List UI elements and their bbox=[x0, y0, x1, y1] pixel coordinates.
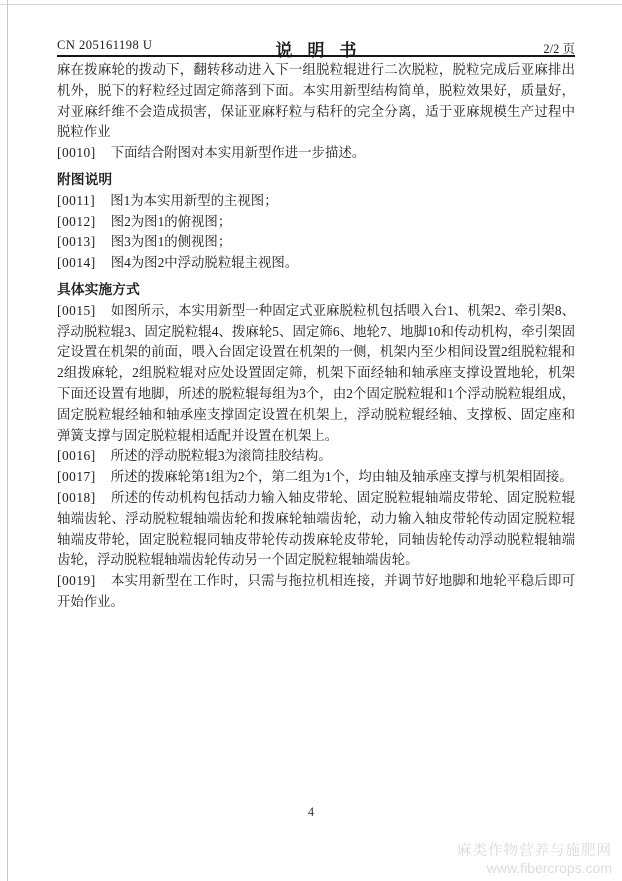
paragraph-text: 麻在拨麻轮的拨动下，翻转移动进入下一组脱粒辊进行二次脱粒，脱粒完成后亚麻排出机外… bbox=[57, 62, 575, 139]
paragraph-number: [0015] bbox=[57, 303, 96, 318]
scan-edge-artifact-top bbox=[0, 4, 622, 5]
paragraph-0016: [0016]所述的浮动脱粒辊3为滚筒挂胶结构。 bbox=[57, 446, 575, 467]
watermark-site-name: 麻类作物营养与施肥网 bbox=[457, 843, 612, 860]
paragraph-0015: [0015]如图所示，本实用新型一种固定式亚麻脱粒机包括喂入台1、机架2、牵引架… bbox=[57, 301, 575, 447]
paragraph-number: [0016] bbox=[57, 448, 96, 463]
paragraph-0019: [0019]本实用新型在工作时，只需与拖拉机相连接，并调节好地脚和地轮平稳后即可… bbox=[57, 571, 575, 613]
paragraph-0017: [0017]所述的拨麻轮第1组为2个，第二组为1个，均由轴及轴承座支撑与机架相固… bbox=[57, 467, 575, 488]
paragraph-text: 下面结合附图对本实用新型作进一步描述。 bbox=[111, 145, 365, 160]
page-number: 4 bbox=[0, 805, 622, 820]
page-header: CN 205161198 U 说明书 2/2 页 bbox=[57, 36, 575, 54]
paragraph-0011: [0011]图1为本实用新型的主视图； bbox=[57, 191, 575, 212]
paragraph-number: [0010] bbox=[57, 145, 96, 160]
paragraph-text: 所述的传动机构包括动力输入轴皮带轮、固定脱粒辊轴端皮带轮、固定脱粒辊轴端齿轮、浮… bbox=[57, 490, 575, 567]
paragraph-0013: [0013]图3为图1的侧视图； bbox=[57, 232, 575, 253]
watermark: 麻类作物营养与施肥网 www.fibercrops.com bbox=[457, 843, 612, 877]
paragraph-text: 如图所示，本实用新型一种固定式亚麻脱粒机包括喂入台1、机架2、牵引架8、浮动脱粒… bbox=[57, 303, 575, 443]
paragraph-text: 所述的浮动脱粒辊3为滚筒挂胶结构。 bbox=[111, 448, 332, 463]
header-divider bbox=[57, 55, 575, 57]
paragraph-text: 图1为本实用新型的主视图； bbox=[110, 193, 277, 208]
paragraph-0012: [0012]图2为图1的俯视图； bbox=[57, 212, 575, 233]
patent-description-page: CN 205161198 U 说明书 2/2 页 麻在拨麻轮的拨动下，翻转移动进… bbox=[0, 0, 622, 881]
watermark-url: www.fibercrops.com bbox=[457, 860, 612, 877]
paragraph-0014: [0014]图4为图2中浮动脱粒辊主视图。 bbox=[57, 253, 575, 274]
section-heading-embodiments: 具体实施方式 bbox=[57, 280, 575, 301]
paragraph-text: 图4为图2中浮动脱粒辊主视图。 bbox=[111, 255, 298, 270]
paragraph-0010: [0010]下面结合附图对本实用新型作进一步描述。 bbox=[57, 143, 575, 164]
paragraph-text: 所述的拨麻轮第1组为2个，第二组为1个，均由轴及轴承座支撑与机架相固接。 bbox=[111, 469, 573, 484]
paragraph-number: [0014] bbox=[57, 255, 96, 270]
paragraph-number: [0019] bbox=[57, 573, 96, 588]
paragraph-number: [0017] bbox=[57, 469, 96, 484]
description-body: 麻在拨麻轮的拨动下，翻转移动进入下一组脱粒辊进行二次脱粒，脱粒完成后亚麻排出机外… bbox=[57, 60, 575, 613]
document-title: 说明书 bbox=[261, 36, 372, 61]
paragraph-number: [0012] bbox=[57, 214, 96, 229]
paragraph-number: [0018] bbox=[57, 490, 96, 505]
paragraph-text: 图2为图1的俯视图； bbox=[111, 214, 232, 229]
section-heading-figure-description: 附图说明 bbox=[57, 170, 575, 191]
paragraph-number: [0013] bbox=[57, 234, 96, 249]
paragraph-continuation: 麻在拨麻轮的拨动下，翻转移动进入下一组脱粒辊进行二次脱粒，脱粒完成后亚麻排出机外… bbox=[57, 60, 575, 143]
patent-number: CN 205161198 U bbox=[57, 38, 152, 53]
paragraph-0018: [0018]所述的传动机构包括动力输入轴皮带轮、固定脱粒辊轴端皮带轮、固定脱粒辊… bbox=[57, 488, 575, 571]
paragraph-text: 图3为图1的侧视图； bbox=[111, 234, 232, 249]
paragraph-text: 本实用新型在工作时，只需与拖拉机相连接，并调节好地脚和地轮平稳后即可开始作业。 bbox=[57, 573, 575, 609]
paragraph-number: [0011] bbox=[57, 193, 95, 208]
scan-edge-artifact-left bbox=[7, 0, 8, 881]
